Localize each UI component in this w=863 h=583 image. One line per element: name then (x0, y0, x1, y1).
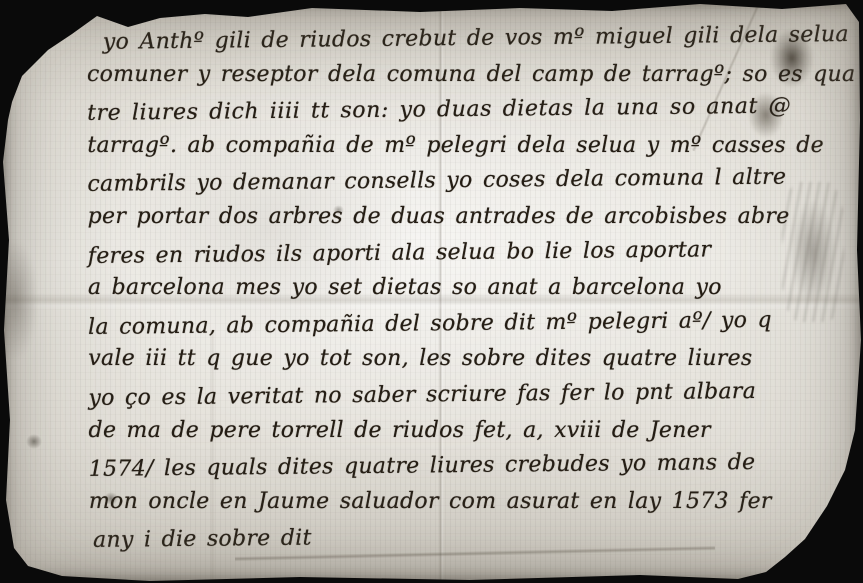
manuscript-paper: yo Anthº gili de riudos crebut de vos mº… (0, 0, 863, 583)
stain-spot-bottom-left (26, 434, 42, 449)
manuscript-line: mon oncle en Jaume saluador com asurat e… (89, 484, 838, 520)
manuscript-line: any i die sobre dit (89, 515, 838, 558)
manuscript-line: tre liures dich iiii tt son: yo duas die… (87, 88, 836, 131)
manuscript-line: yo Anthº gili de riudos crebut de vos mº… (87, 17, 836, 60)
manuscript-line: per portar dos arbres de duas antrades d… (88, 199, 837, 235)
manuscript-line: feres en riudos ils aporti ala selua bo … (88, 231, 837, 274)
manuscript-line: yo ço es la veritat no saber scriure fas… (88, 373, 837, 416)
manuscript-photo: yo Anthº gili de riudos crebut de vos mº… (0, 0, 863, 583)
manuscript-line: vale iii tt q gue yo tot son, les sobre … (88, 341, 837, 377)
manuscript-text: yo Anthº gili de riudos crebut de vos mº… (87, 19, 838, 583)
manuscript-line: 1574/ les quals dites quatre liures creb… (89, 444, 838, 487)
manuscript-line: cambrils yo demanar consells yo coses de… (87, 159, 836, 202)
manuscript-line: comuner y reseptor dela comuna del camp … (87, 57, 836, 93)
edge-smudge-left (0, 240, 38, 360)
manuscript-line: a barcelona mes yo set dietas so anat a … (88, 270, 837, 306)
manuscript-line: la comuna, ab compañia del sobre dit mº … (88, 302, 837, 345)
manuscript-line: tarragº. ab compañia de mº pelegri dela … (87, 128, 836, 164)
manuscript-line: de ma de pere torrell de riudos fet, a, … (89, 413, 838, 449)
